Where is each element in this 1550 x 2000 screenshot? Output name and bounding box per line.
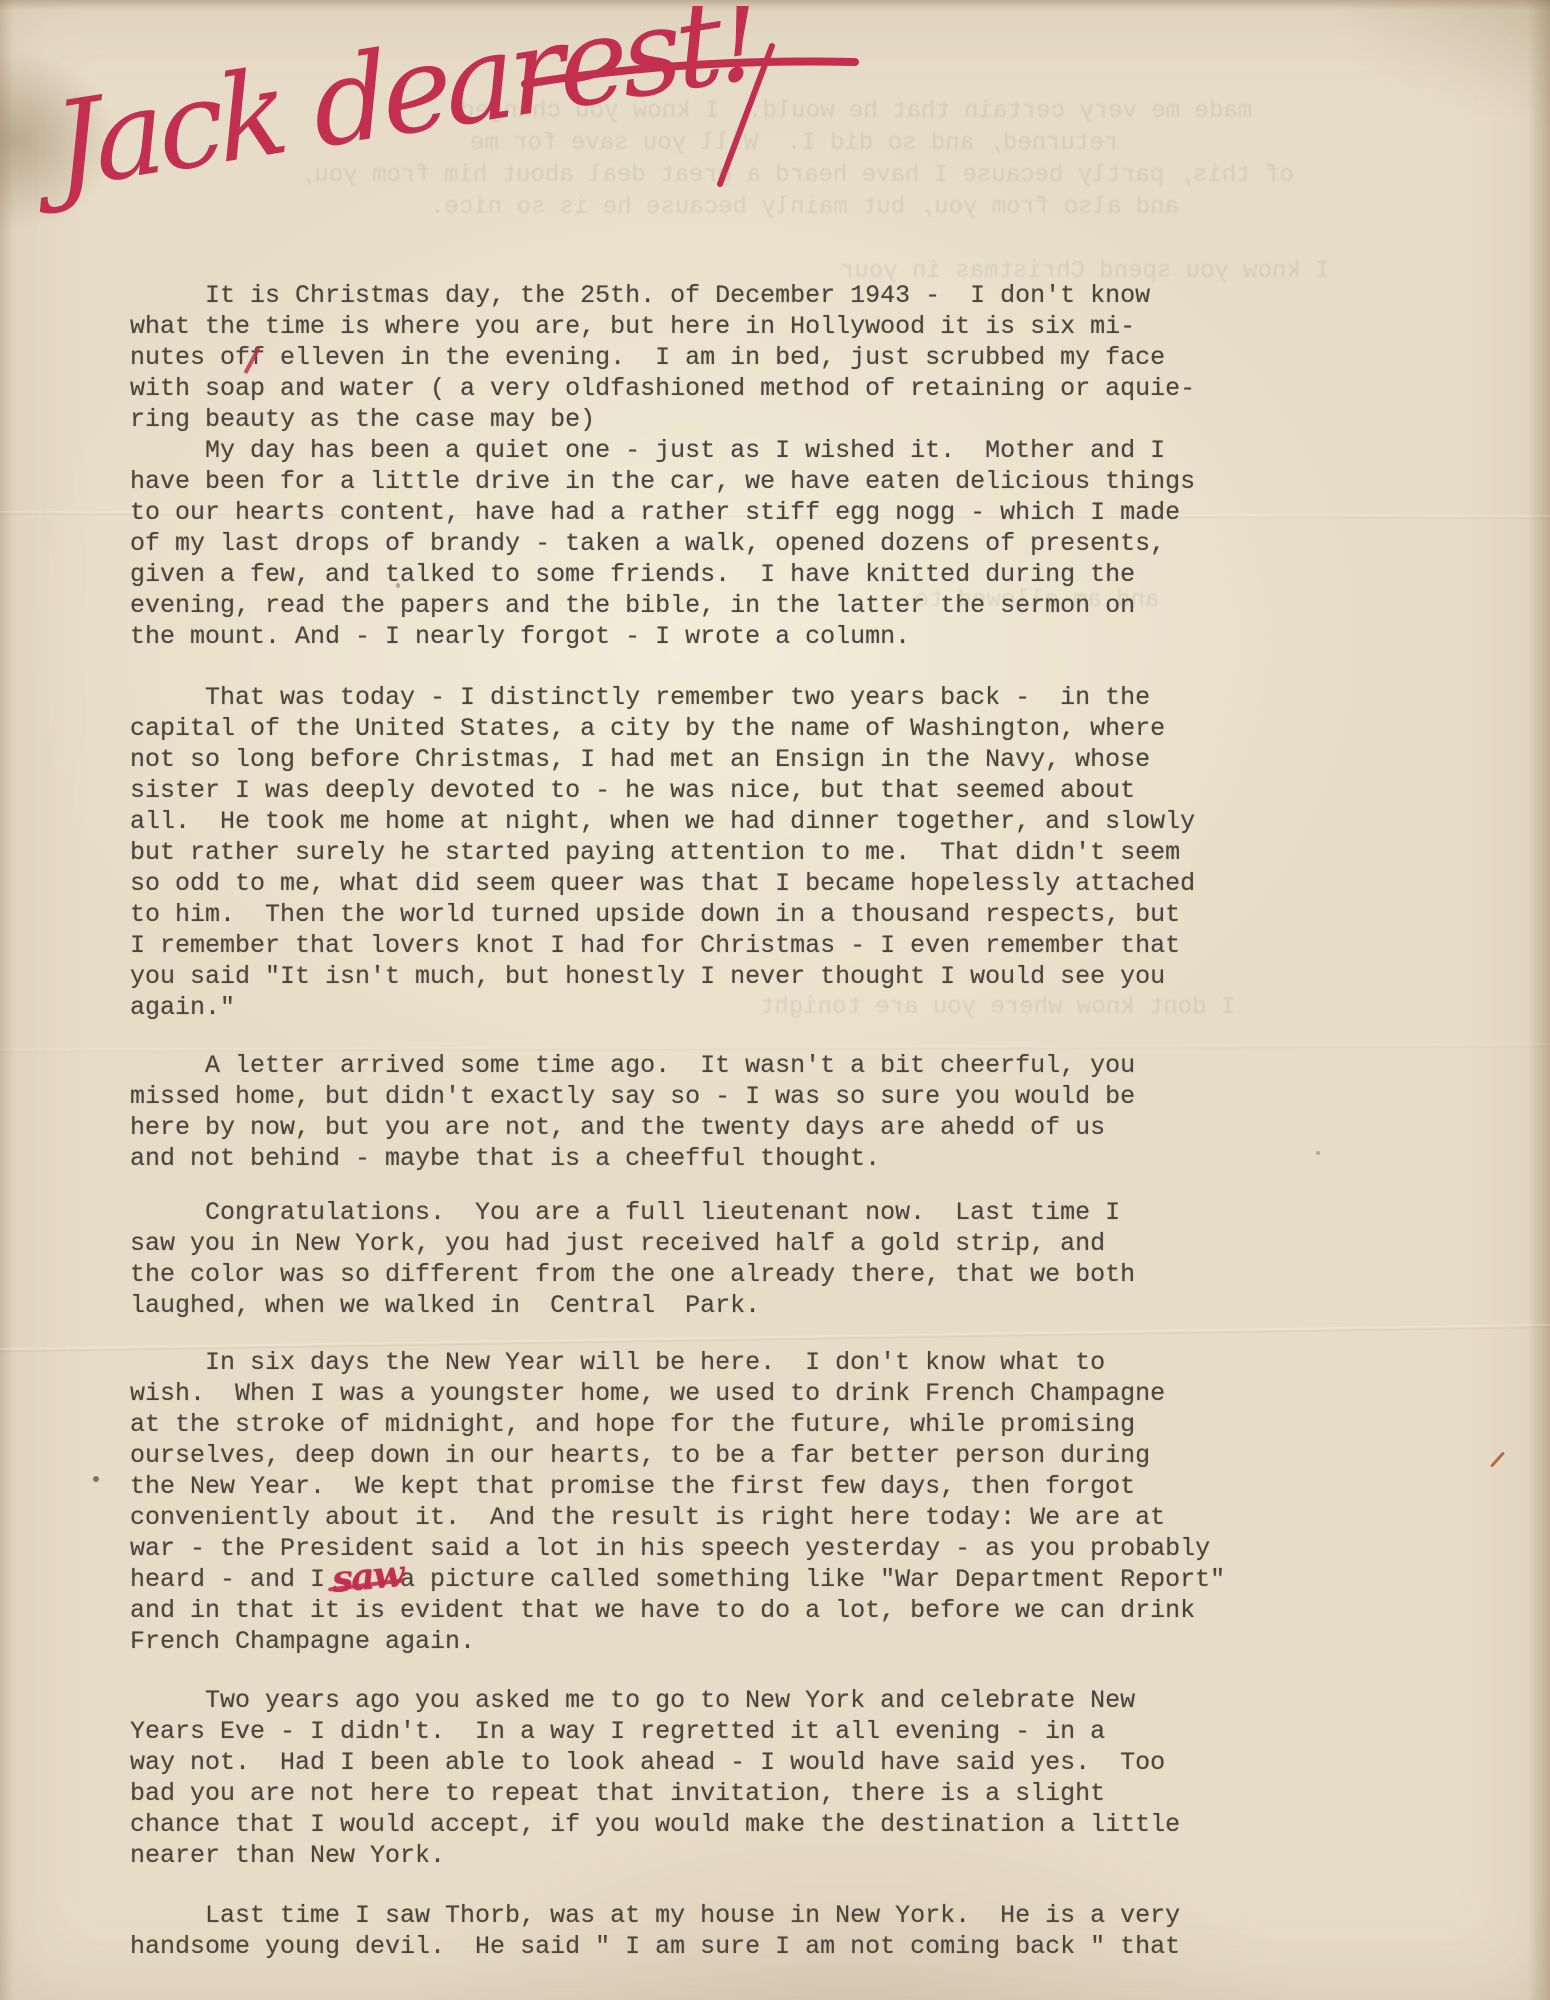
salutation-text: Jack dearest!	[30, 6, 763, 219]
salutation-handwritten: Jack dearest!	[30, 6, 890, 241]
letter-paragraph: My day has been a quiet one - just as I …	[130, 435, 1195, 652]
letter-paragraph: Two years ago you asked me to go to New …	[130, 1685, 1180, 1871]
letter-paragraph: That was today - I distinctly remember t…	[130, 682, 1195, 1023]
red-saw-correction: saw	[330, 1551, 404, 1601]
letter-paragraph: In six days the New Year will be here. I…	[130, 1347, 1225, 1657]
letter-page: made me very certain that he would. I kn…	[0, 0, 1550, 2000]
letter-paragraph: Last time I saw Thorb, was at my house i…	[130, 1900, 1180, 1962]
letter-paragraph: Congratulations. You are a full lieutena…	[130, 1197, 1135, 1321]
red-ink-tick	[1490, 1451, 1505, 1467]
paper-speck	[1316, 1151, 1320, 1155]
letter-paragraph: It is Christmas day, the 25th. of Decemb…	[130, 280, 1195, 435]
letter-paragraph: A letter arrived some time ago. It wasn'…	[130, 1050, 1135, 1174]
paper-speck	[93, 1476, 99, 1482]
